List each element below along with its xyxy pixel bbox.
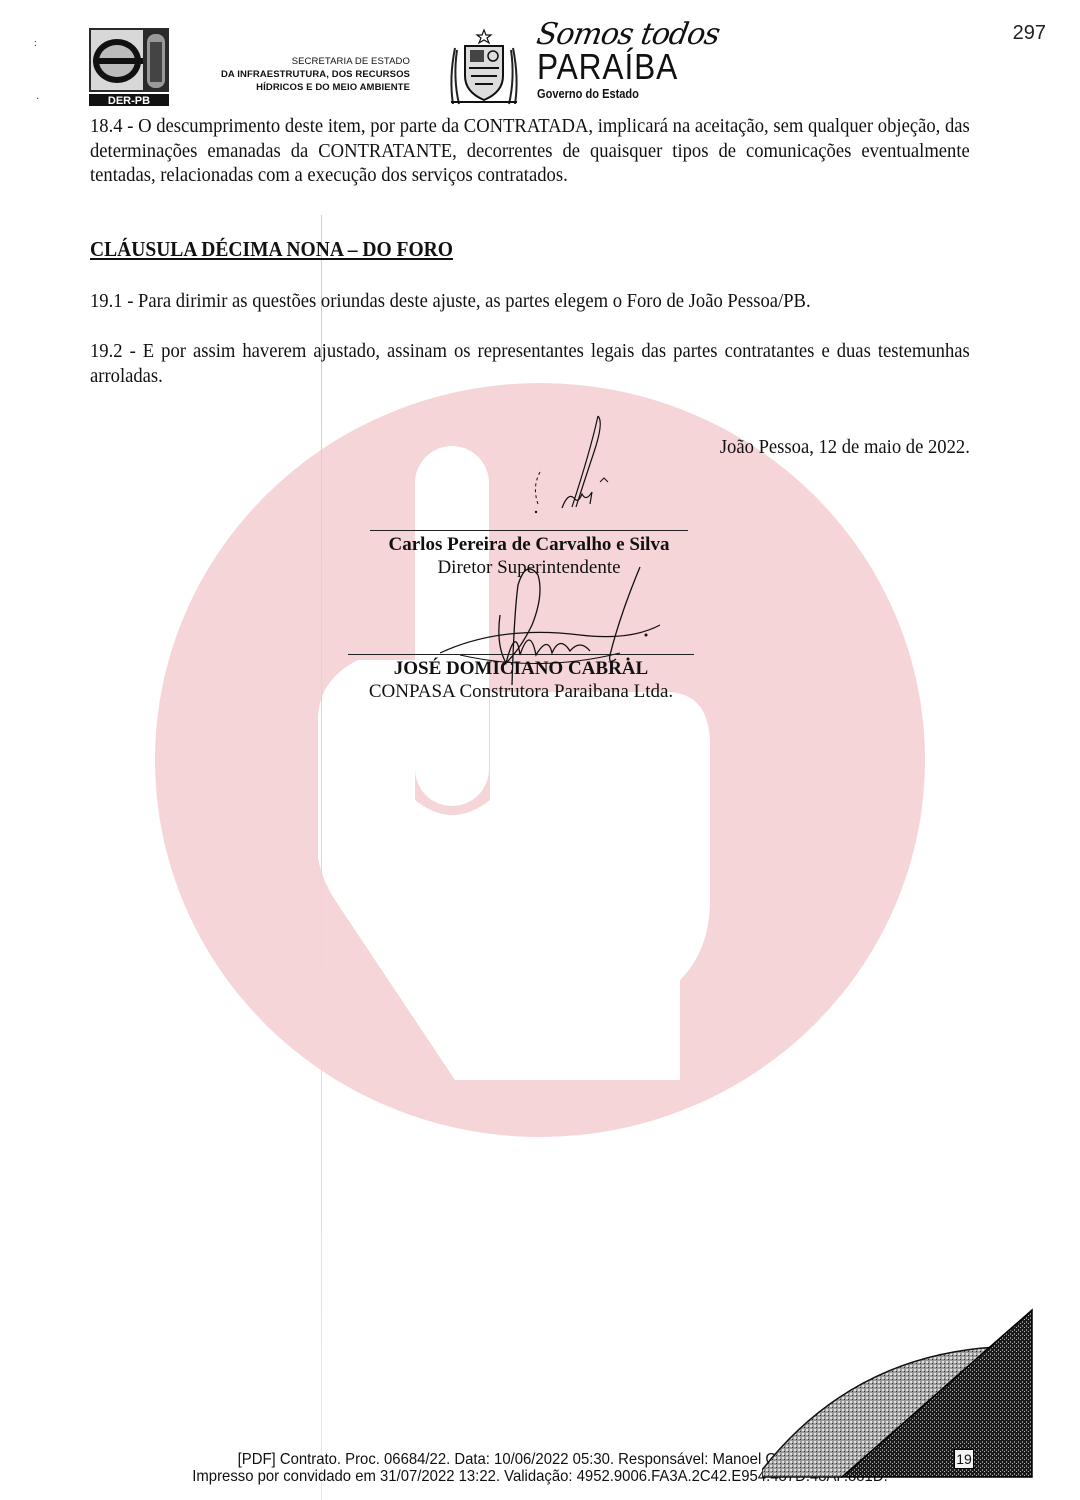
scan-speck: · [36, 94, 39, 105]
signature-line [348, 654, 694, 655]
secretaria-line: SECRETARIA DE ESTADO [180, 55, 410, 68]
page-corner-stamp-icon [762, 1305, 1052, 1480]
secretaria-line: HÍDRICOS E DO MEIO AMBIENTE [180, 81, 410, 94]
scan-artifact-line [321, 215, 322, 1500]
secretaria-title: SECRETARIA DE ESTADO DA INFRAESTRUTURA, … [180, 55, 410, 94]
signature-line [370, 530, 688, 531]
signer-role: CONPASA Construtora Paraibana Ltda. [348, 680, 694, 703]
signer-name: JOSÉ DOMICIANO CABRAL [348, 657, 694, 680]
date-line: João Pessoa, 12 de maio de 2022. [720, 436, 970, 459]
hand-raised-finger-icon [0, 0, 1080, 1500]
signature-block-contratada: JOSÉ DOMICIANO CABRAL CONPASA Construtor… [348, 654, 694, 703]
slogan-state: PARAÍBA [537, 50, 697, 84]
clause-18-4: 18.4 - O descumprimento deste item, por … [90, 114, 970, 188]
signature-carlos-icon [520, 412, 630, 527]
page-number: 297 [1013, 22, 1046, 45]
der-pb-logo-icon: DER-PB [89, 28, 169, 106]
clause-19-1: 19.1 - Para dirimir as questões oriundas… [90, 289, 970, 314]
clause-19-2: 19.2 - E por assim haverem ajustado, ass… [90, 339, 970, 388]
signer-name: Carlos Pereira de Carvalho e Silva [370, 533, 688, 556]
clause-heading: CLÁUSULA DÉCIMA NONA – DO FORO [90, 237, 453, 262]
svg-text:DER-PB: DER-PB [108, 95, 150, 106]
secretaria-line: DA INFRAESTRUTURA, DOS RECURSOS [180, 68, 410, 81]
paraiba-coat-of-arms-icon [445, 28, 523, 106]
somos-todos-paraiba-logo: Somos todos PARAÍBA Governo do Estado [537, 20, 719, 101]
corner-page-number: 19 [954, 1449, 974, 1469]
slogan-government: Governo do Estado [537, 86, 692, 101]
scan-speck: : [34, 38, 37, 49]
